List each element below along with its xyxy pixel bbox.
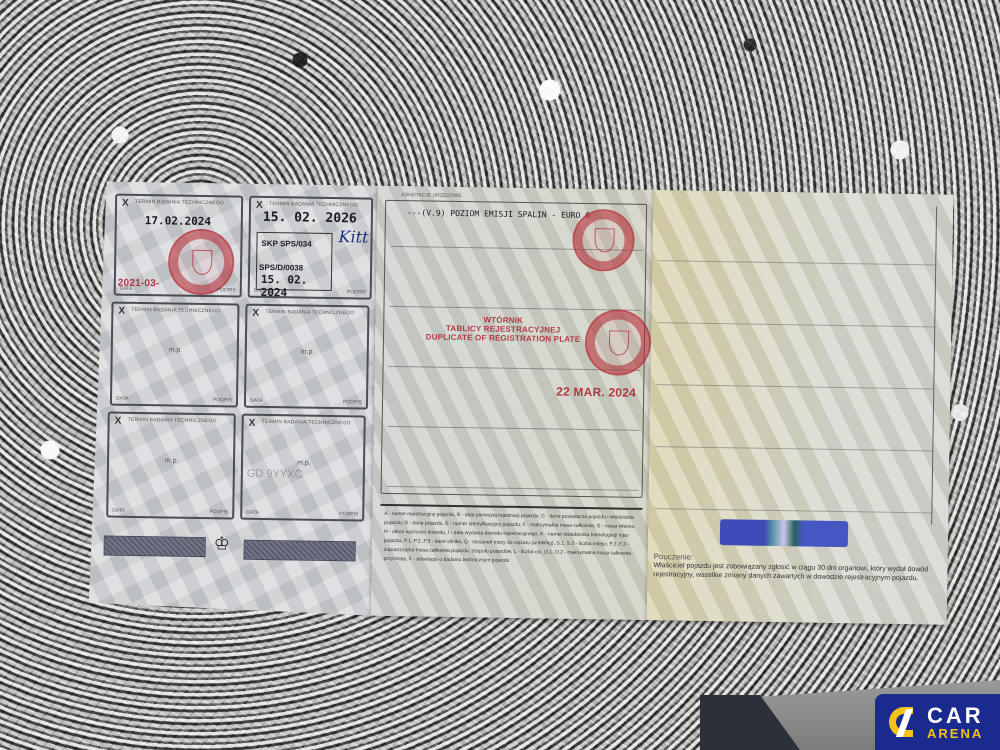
footer-label: DATA [116,396,129,402]
blank-annotations-page: Pouczenie: Właściciel pojazdu jest zobow… [647,190,954,625]
security-band-left [104,535,206,557]
footer-label: DATA [250,398,263,404]
logo-text-car: CAR [927,705,984,727]
footer-label: PODPIS [209,509,228,515]
footer-label: DATA [120,286,133,292]
faded-imprint: GD 9YYXC [247,468,303,481]
stamp-date: 22 MAR. 2024 [556,385,636,400]
signature: Kitt [338,227,368,246]
footer-label: PODPIS [213,397,232,403]
car-arena-logo-icon [889,707,919,737]
station-stamp: SKP SPS/034 SPS/D/0038 15. 02. 2024 [256,232,333,291]
inspection-box-6: X TERMIN BADANIA TECHNICZNEGO m.p. GD 9Y… [240,414,366,522]
footer-label: PODPIS [347,289,366,295]
inspection-page: X TERMIN BADANIA TECHNICZNEGO 17.02.2024… [89,181,378,615]
right-frame [654,202,937,524]
x-mark: X [115,416,122,427]
footer-label: DATA [254,288,267,294]
field-legend: A - numer rejestracyjny pojazdu, B - dat… [379,504,643,606]
car-arena-logo: CAR ARENA [875,694,1000,750]
notice: Pouczenie: Właściciel pojazdu jest zobow… [653,552,931,583]
inspection-box-1: X TERMIN BADANIA TECHNICZNEGO 17.02.2024… [114,194,244,298]
inspection-box-3: X TERMIN BADANIA TECHNICZNEGO m.p. DATA … [110,302,240,408]
security-band-right [244,540,356,562]
box-caption: TERMIN BADANIA TECHNICZNEGO [269,201,358,208]
footer-label: PODPIS [339,511,358,517]
round-stamp [168,228,235,295]
inspection-box-5: X TERMIN BADANIA TECHNICZNEGO m.p. DATA … [106,412,236,520]
x-mark: X [252,308,259,319]
footer-label: DATA [246,510,259,516]
mp-label: m.p. [169,346,183,353]
footer-label: PODPIS [343,399,362,405]
x-mark: X [256,200,263,211]
station-code: SKP SPS/034 [261,239,311,249]
footer-label: PODPIS [217,287,236,293]
x-mark: X [122,198,129,209]
box-caption: TERMIN BADANIA TECHNICZNEGO [265,309,354,316]
box-caption: TERMIN BADANIA TECHNICZNEGO [135,199,224,206]
registration-document: X TERMIN BADANIA TECHNICZNEGO 17.02.2024… [89,181,954,624]
station-code: SPS/D/0038 [259,263,303,273]
notice-text: Właściciel pojazdu jest zobowiązany zgło… [653,561,931,583]
box-caption: TERMIN BADANIA TECHNICZNEGO [131,307,220,314]
typed-date: 15. 02. 2026 [263,210,357,226]
duplicate-stamp: WTÓRNIK TABLICY REJESTRACYJNEJ DUPLICATE… [403,314,603,344]
hologram-sticker-icon [720,519,848,547]
typed-date: 17.02.2024 [145,214,211,228]
footer-label: DATA [112,508,125,514]
mp-label: m.p. [165,457,179,464]
box-caption: TERMIN BADANIA TECHNICZNEGO [128,417,217,424]
mp-label: m.p. [301,349,315,356]
mp-label: m.p. [297,459,311,466]
x-mark: X [118,306,125,317]
stamp-date: 15. 02. 2024 [261,273,331,300]
x-mark: X [249,418,256,429]
eagle-emblem-icon: ♔ [214,533,230,554]
official-annotations-page: ADNOTACJE URZĘDOWE ---(V.9) POZIOM EMISJ… [371,186,654,620]
section-header: ADNOTACJE URZĘDOWE [401,192,462,199]
inspection-box-4: X TERMIN BADANIA TECHNICZNEGO m.p. DATA … [244,304,370,410]
box-caption: TERMIN BADANIA TECHNICZNEGO [262,419,351,426]
logo-text-arena: ARENA [927,727,984,740]
inspection-box-2: X TERMIN BADANIA TECHNICZNEGO 15. 02. 20… [248,196,374,300]
